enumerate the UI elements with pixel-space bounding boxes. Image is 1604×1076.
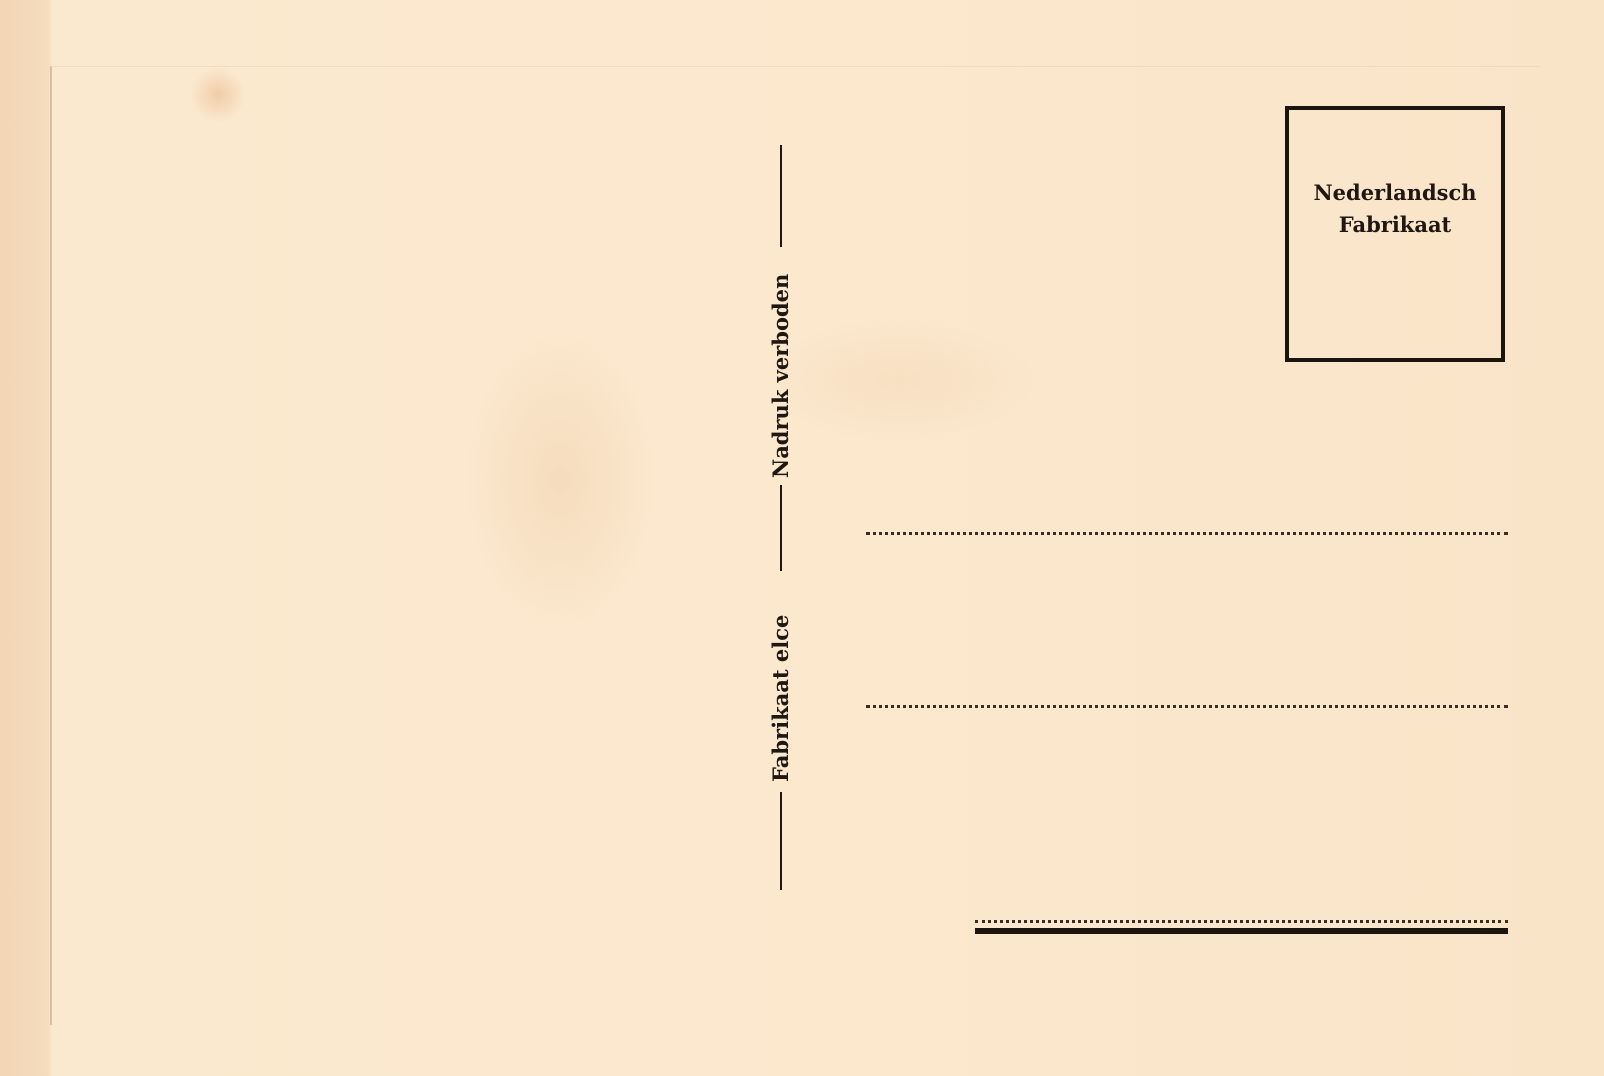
- address-underline: [975, 928, 1508, 934]
- stamp-text-line1: Nederlandsch: [1313, 177, 1476, 209]
- divider-rule-middle: [780, 485, 782, 571]
- stamp-text-line2: Fabrikaat: [1313, 209, 1476, 241]
- divider-rule-top: [780, 145, 782, 247]
- address-line-2: [866, 705, 1508, 708]
- divider-rule-bottom: [780, 792, 782, 890]
- address-line-3: [975, 920, 1508, 923]
- stamp-box: Nederlandsch Fabrikaat: [1285, 106, 1505, 362]
- postcard-back: Nederlandsch Fabrikaat Nadruk verboden F…: [0, 0, 1604, 1076]
- address-line-1: [866, 532, 1508, 535]
- divider-text-upper: Nadruk verboden: [767, 274, 795, 478]
- stamp-box-text: Nederlandsch Fabrikaat: [1313, 177, 1476, 241]
- divider-text-lower: Fabrikaat elce: [767, 615, 795, 782]
